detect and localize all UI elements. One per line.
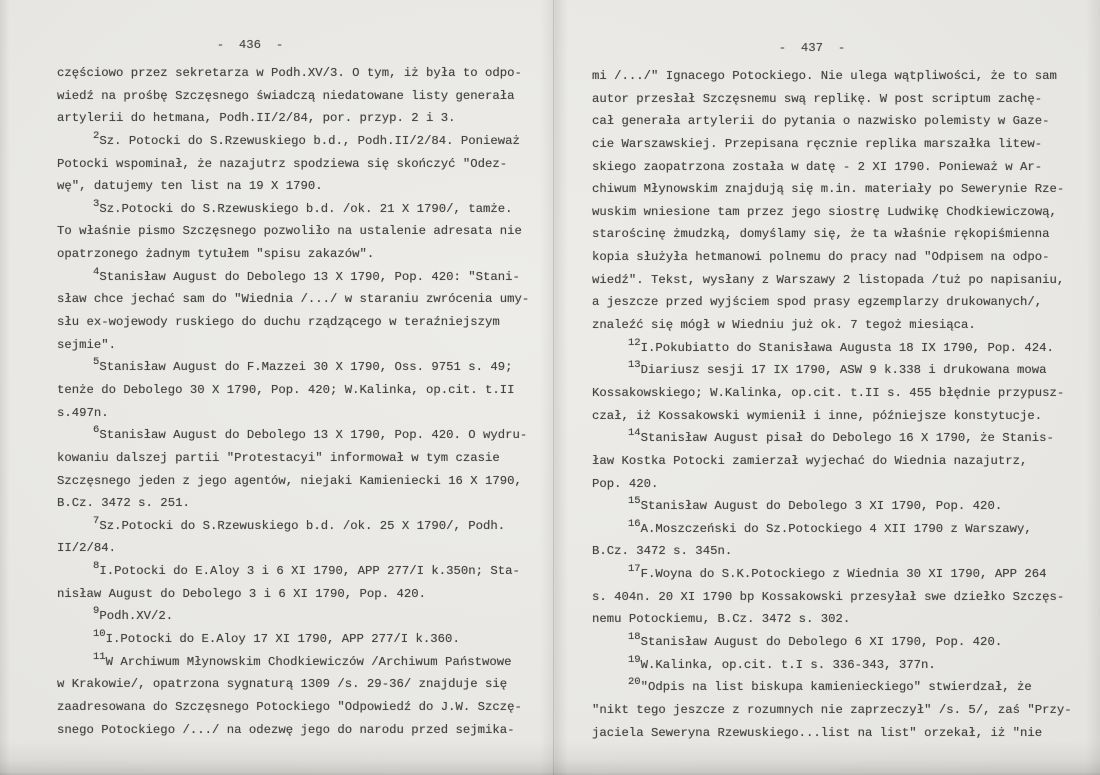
text-line: B.Cz. 3472 s. 345n. — [592, 540, 1074, 563]
footnote-first-line: 3Sz.Potocki do S.Rzewuskiego b.d. /ok. 2… — [57, 198, 539, 221]
text-line: kowaniu dalszej partii "Protestacyi" inf… — [57, 447, 539, 470]
footnote-number: 10 — [93, 628, 106, 640]
footnote-number: 13 — [628, 359, 641, 371]
footnote-number: 6 — [93, 424, 99, 436]
footnote-first-line: 15Stanisław August do Debolego 3 XI 1790… — [592, 495, 1074, 518]
text-line: Potocki wspominał, że nazajutrz spodziew… — [57, 153, 539, 176]
footnote-number: 3 — [93, 198, 99, 210]
text-line: Pop. 420. — [592, 473, 1074, 496]
text-line: wuskim wniesione tam przez jego siostrę … — [592, 201, 1074, 224]
text-line: chiwum Młynowskim znajdują się m.in. mat… — [592, 178, 1074, 201]
text-line: nisław August do Debolego 3 i 6 XI 1790,… — [57, 583, 539, 606]
text-line: B.Cz. 3472 s. 251. — [57, 492, 539, 515]
left-page-text: częściowo przez sekretarza w Podh.XV/3. … — [57, 62, 539, 741]
footnote-number: 17 — [628, 563, 641, 575]
text-line: tenże do Debolego 30 X 1790, Pop. 420; W… — [57, 379, 539, 402]
text-line: "nikt tego jeszcze z rozumnych nie zaprz… — [592, 699, 1074, 722]
footnote-first-line: 20"Odpis na list biskupa kamienieckiego"… — [592, 676, 1074, 699]
text-line: ław Kostka Potocki zamierzał wyjechać do… — [592, 450, 1074, 473]
text-line: słu ex-wojewody ruskiego do duchu rządzą… — [57, 311, 539, 334]
text-line: starościnę żmudzką, domyślamy się, że ta… — [592, 223, 1074, 246]
footnote-number: 8 — [93, 560, 99, 572]
text-line: znaleźć się mógł w Wiedniu już ok. 7 teg… — [592, 314, 1074, 337]
text-line: artylerii do hetmana, Podh.II/2/84, por.… — [57, 107, 539, 130]
footnote-number: 14 — [628, 427, 641, 439]
page-number-left: - 436 - — [150, 38, 350, 52]
footnote-first-line: 7Sz.Potocki do S.Rzewuskiego b.d. /ok. 2… — [57, 515, 539, 538]
page-number-right: - 437 - — [712, 41, 912, 55]
footnote-first-line: 14Stanisław August pisał do Debolego 16 … — [592, 427, 1074, 450]
footnote-first-line: 2Sz. Potocki do S.Rzewuskiego b.d., Podh… — [57, 130, 539, 153]
footnote-number: 7 — [93, 515, 99, 527]
footnote-number: 4 — [93, 266, 99, 278]
text-line: II/2/84. — [57, 537, 539, 560]
footnote-number: 15 — [628, 495, 641, 507]
scan-edge-right — [1086, 0, 1100, 775]
footnote-first-line: 10I.Potocki do E.Aloy 17 XI 1790, APP 27… — [57, 628, 539, 651]
page-gutter-crease — [553, 0, 554, 775]
text-line: mi /.../" Ignacego Potockiego. Nie ulega… — [592, 65, 1074, 88]
footnote-number: 19 — [628, 654, 641, 666]
text-line: wiedź na prośbę Szczęsnego świadczą nied… — [57, 85, 539, 108]
footnote-first-line: 17F.Woyna do S.K.Potockiego z Wiednia 30… — [592, 563, 1074, 586]
footnote-first-line: 6Stanisław August do Debolego 13 X 1790,… — [57, 424, 539, 447]
footnote-first-line: 12I.Pokubiatto do Stanisława Augusta 18 … — [592, 337, 1074, 360]
text-line: skiego zaopatrzona została w datę - 2 XI… — [592, 156, 1074, 179]
text-line: snego Potockiego /.../ na odezwę jego do… — [57, 719, 539, 742]
text-line: jaciela Seweryna Rzewuskiego...list na l… — [592, 722, 1074, 745]
text-line: cie Warszawskiej. Przepisana ręcznie rep… — [592, 133, 1074, 156]
text-line: czał, iż Kossakowski wymienił i inne, pó… — [592, 405, 1074, 428]
text-line: kopia służyła hetmanowi polnemu do pracy… — [592, 246, 1074, 269]
footnote-first-line: 5Stanisław August do F.Mazzei 30 X 1790,… — [57, 356, 539, 379]
right-page-text: mi /.../" Ignacego Potockiego. Nie ulega… — [592, 65, 1074, 744]
footnote-first-line: 9Podh.XV/2. — [57, 605, 539, 628]
scan-edge-left — [0, 0, 10, 775]
text-line: To właśnie pismo Szczęsnego pozwoliło na… — [57, 220, 539, 243]
page-gutter-shadow — [540, 0, 568, 775]
footnote-number: 9 — [93, 605, 99, 617]
text-line: Kossakowskiego; W.Kalinka, op.cit. t.II … — [592, 382, 1074, 405]
footnote-first-line: 18Stanisław August do Debolego 6 XI 1790… — [592, 631, 1074, 654]
text-line: a jeszcze przed wyjściem spod prasy egze… — [592, 291, 1074, 314]
text-line: sejmie". — [57, 334, 539, 357]
text-line: wiedź". Tekst, wysłany z Warszawy 2 list… — [592, 269, 1074, 292]
footnote-number: 2 — [93, 130, 99, 142]
text-line: wę", datujemy ten list na 19 X 1790. — [57, 175, 539, 198]
text-line: sław chce jechać sam do "Wiednia /.../ w… — [57, 288, 539, 311]
footnote-number: 5 — [93, 356, 99, 368]
text-line: cał generała artylerii do pytania o nazw… — [592, 110, 1074, 133]
footnote-first-line: 11W Archiwum Młynowskim Chodkiewiczów /A… — [57, 651, 539, 674]
footnote-number: 12 — [628, 337, 641, 349]
text-line: s.497n. — [57, 402, 539, 425]
footnote-number: 16 — [628, 518, 641, 530]
text-line: nemu Potockiemu, B.Cz. 3472 s. 302. — [592, 608, 1074, 631]
footnote-first-line: 4Stanisław August do Debolego 13 X 1790,… — [57, 266, 539, 289]
text-line: zaadresowana do Szczęsnego Potockiego "O… — [57, 696, 539, 719]
text-line: s. 404n. 20 XI 1790 bp Kossakowski przes… — [592, 586, 1074, 609]
footnote-first-line: 19W.Kalinka, op.cit. t.I s. 336-343, 377… — [592, 654, 1074, 677]
text-line: częściowo przez sekretarza w Podh.XV/3. … — [57, 62, 539, 85]
footnote-number: 18 — [628, 631, 641, 643]
footnote-first-line: 8I.Potocki do E.Aloy 3 i 6 XI 1790, APP … — [57, 560, 539, 583]
footnote-first-line: 16A.Moszczeński do Sz.Potockiego 4 XII 1… — [592, 518, 1074, 541]
footnote-number: 20 — [628, 676, 641, 688]
text-line: w Krakowie/, opatrzona sygnaturą 1309 /s… — [57, 673, 539, 696]
footnote-number: 11 — [93, 651, 106, 663]
book-scan: - 436 - - 437 - częściowo przez sekretar… — [0, 0, 1100, 775]
text-line: opatrzonego żadnym tytułem "spisu zakazó… — [57, 243, 539, 266]
text-line: Szczęsnego jeden z jego agentów, niejaki… — [57, 470, 539, 493]
scan-edge-bottom — [0, 741, 1100, 775]
text-line: autor przesłał Szczęsnemu swą replikę. W… — [592, 88, 1074, 111]
footnote-first-line: 13Diariusz sesji 17 IX 1790, ASW 9 k.338… — [592, 359, 1074, 382]
